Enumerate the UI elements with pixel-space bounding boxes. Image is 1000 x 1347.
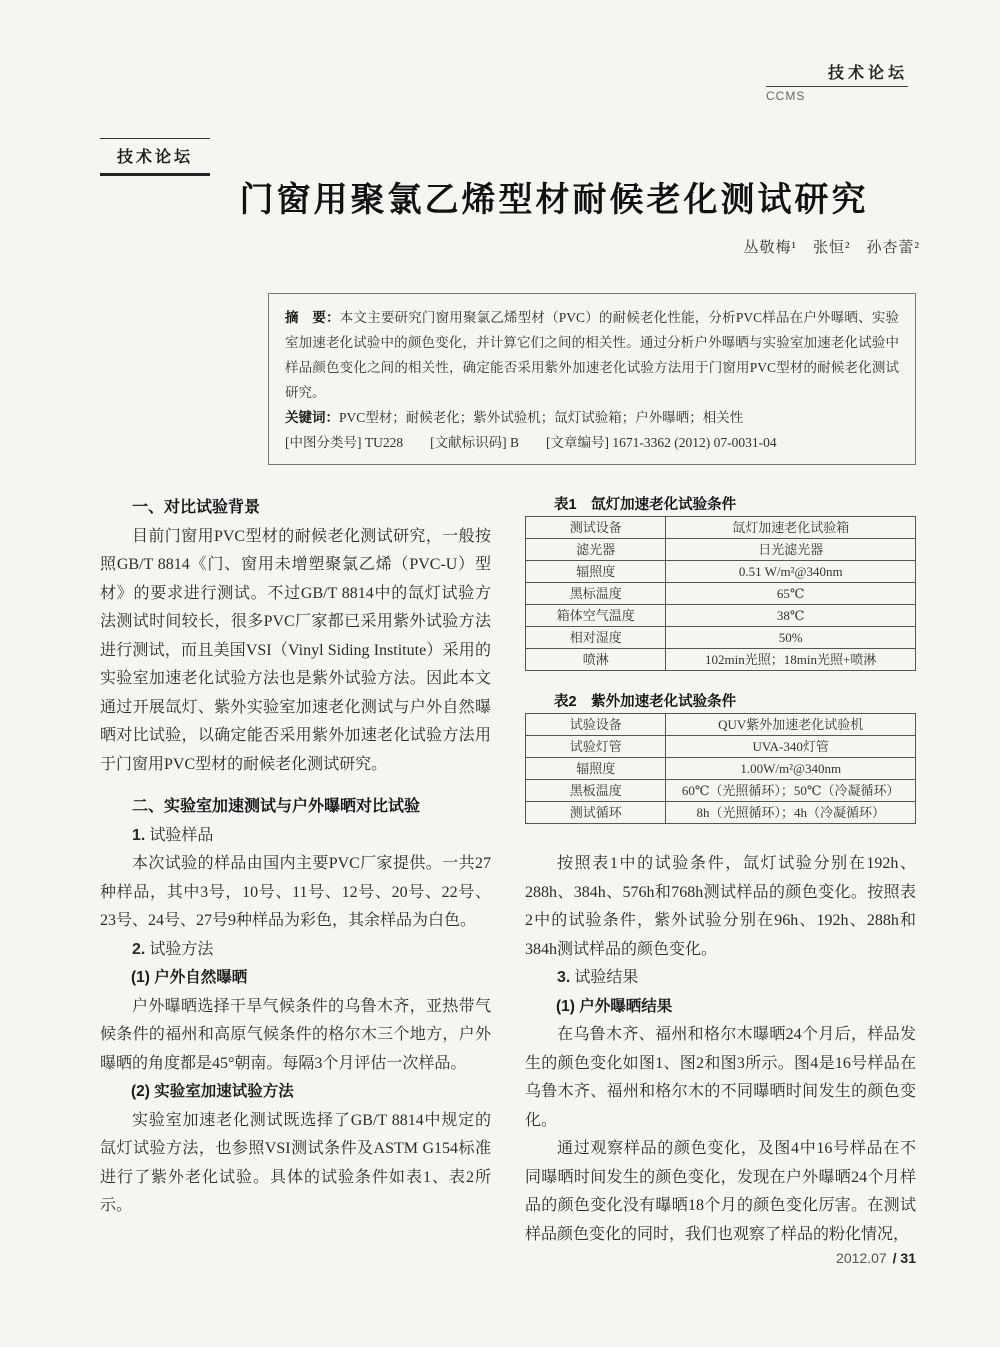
classification-line: [中图分类号] TU228 [文献标识码] B [文章编号] 1671-3362…	[285, 430, 899, 455]
section-1-para: 目前门窗用PVC型材的耐候老化测试研究，一般按照GB/T 8814《门、窗用未增…	[100, 523, 491, 780]
table-1-key: 箱体空气温度	[526, 605, 666, 627]
results-label: 试验结果	[570, 969, 638, 986]
table-1-value: 65℃	[666, 583, 916, 605]
forum-label: 技术论坛	[766, 60, 908, 83]
table-1-key: 测试设备	[526, 517, 666, 539]
abstract-text: 本文主要研究门窗用聚氯乙烯型材（PVC）的耐候老化性能，分析PVC样品在户外曝晒…	[285, 310, 899, 400]
article-title: 门窗用聚氯乙烯型材耐候老化测试研究	[190, 172, 918, 221]
method-2-heading: (2) 实验室加速试验方法	[100, 1078, 491, 1107]
table-2: 试验设备QUV紫外加速老化试验机 试验灯管UVA-340灯管 辐照度1.00W/…	[525, 713, 916, 824]
table-1-value: 0.51 W/m²@340nm	[666, 561, 916, 583]
table-1: 测试设备氙灯加速老化试验箱 滤光器日光滤光器 辐照度0.51 W/m²@340n…	[525, 516, 916, 671]
table-1-value: 50%	[666, 627, 916, 649]
right-column: 表1 氙灯加速老化试验条件 测试设备氙灯加速老化试验箱 滤光器日光滤光器 辐照度…	[525, 494, 916, 1249]
table-2-key: 黑板温度	[526, 780, 666, 802]
table-row: 试验灯管UVA-340灯管	[526, 736, 916, 758]
table-1-key: 滤光器	[526, 539, 666, 561]
subsection-2-number: 2.	[132, 941, 145, 958]
journal-code: CCMS	[766, 89, 908, 103]
table-row: 测试设备氙灯加速老化试验箱	[526, 517, 916, 539]
outdoor-results-heading: (1) 户外曝晒结果	[525, 993, 916, 1022]
table-2-key: 测试循环	[526, 802, 666, 824]
outdoor-results-para-1: 在乌鲁木齐、福州和格尔木曝晒24个月后，样品发生的颜色变化如图1、图2和图3所示…	[525, 1021, 916, 1135]
table-row: 滤光器日光滤光器	[526, 539, 916, 561]
results-number: 3.	[557, 969, 570, 986]
table-row: 黑板温度60℃（光照循环）；50℃（冷凝循环）	[526, 780, 916, 802]
subsection-2-heading: 2. 试验方法	[100, 936, 491, 965]
section-1-heading: 一、对比试验背景	[100, 494, 491, 523]
page-number: / 31	[893, 1250, 916, 1266]
table-1-value: 38℃	[666, 605, 916, 627]
journal-page: 技术论坛 CCMS 技术论坛 门窗用聚氯乙烯型材耐候老化测试研究 丛敬梅¹ 张恒…	[0, 0, 1000, 1347]
table-row: 喷淋102min光照；18min光照+喷淋	[526, 649, 916, 671]
table-row: 测试循环8h（光照循环）；4h（冷凝循环）	[526, 802, 916, 824]
issue-label: 2012.07	[836, 1250, 887, 1266]
table-1-key: 黑标温度	[526, 583, 666, 605]
authors-line: 丛敬梅¹ 张恒² 孙杏蕾²	[744, 236, 921, 257]
table-row: 相对湿度50%	[526, 627, 916, 649]
table-1-key: 相对湿度	[526, 627, 666, 649]
method-2-para: 实验室加速老化测试既选择了GB/T 8814中规定的氙灯试验方法，也参照VSI测…	[100, 1107, 491, 1221]
keywords-text: PVC型材；耐候老化；紫外试验机；氙灯试验箱；户外曝晒；相关性	[339, 410, 743, 425]
table-1-key: 喷淋	[526, 649, 666, 671]
section-2-heading: 二、实验室加速测试与户外曝晒对比试验	[100, 793, 491, 822]
subsection-1-heading: 1. 试验样品	[100, 822, 491, 851]
table-2-key: 辐照度	[526, 758, 666, 780]
content-columns: 一、对比试验背景 目前门窗用PVC型材的耐候老化测试研究，一般按照GB/T 88…	[100, 494, 916, 1249]
left-column: 一、对比试验背景 目前门窗用PVC型材的耐候老化测试研究，一般按照GB/T 88…	[100, 494, 491, 1249]
table-1-value: 氙灯加速老化试验箱	[666, 517, 916, 539]
table-1-value: 102min光照；18min光照+喷淋	[666, 649, 916, 671]
table-row: 辐照度1.00W/m²@340nm	[526, 758, 916, 780]
table-row: 箱体空气温度38℃	[526, 605, 916, 627]
outdoor-results-para-2: 通过观察样品的颜色变化，及图4中16号样品在不同曝晒时间发生的颜色变化，发现在户…	[525, 1135, 916, 1249]
subsection-1-number: 1.	[132, 827, 145, 844]
table-2-value: UVA-340灯管	[666, 736, 916, 758]
subsection-2-label: 试验方法	[145, 941, 213, 958]
table-2-key: 试验设备	[526, 714, 666, 736]
abstract-box: 摘 要：本文主要研究门窗用聚氯乙烯型材（PVC）的耐候老化性能，分析PVC样品在…	[268, 293, 916, 465]
keywords-label: 关键词：	[285, 410, 339, 425]
results-heading: 3. 试验结果	[525, 964, 916, 993]
table-2-value: 1.00W/m²@340nm	[666, 758, 916, 780]
table-2-value: 60℃（光照循环）；50℃（冷凝循环）	[666, 780, 916, 802]
table-2-value: QUV紫外加速老化试验机	[666, 714, 916, 736]
header-rule	[766, 86, 908, 87]
xenon-schedule-para: 按照表1中的试验条件，氙灯试验分别在192h、288h、384h、576h和76…	[525, 850, 916, 964]
page-footer: 2012.07/ 31	[836, 1250, 916, 1266]
abstract-label: 摘 要：	[285, 310, 340, 325]
table-row: 黑标温度65℃	[526, 583, 916, 605]
table-1-value: 日光滤光器	[666, 539, 916, 561]
method-1-para: 户外曝晒选择干旱气候条件的乌鲁木齐，亚热带气候条件的福州和高原气候条件的格尔木三…	[100, 993, 491, 1079]
table-2-key: 试验灯管	[526, 736, 666, 758]
journal-header: 技术论坛 CCMS	[766, 60, 908, 103]
table-2-caption: 表2 紫外加速老化试验条件	[525, 691, 916, 713]
method-1-heading: (1) 户外自然曝晒	[100, 964, 491, 993]
subsection-1-label: 试验样品	[145, 827, 213, 844]
sample-para: 本次试验的样品由国内主要PVC厂家提供。一共27种样品，其中3号，10号、11号…	[100, 850, 491, 936]
table-2-value: 8h（光照循环）；4h（冷凝循环）	[666, 802, 916, 824]
table-row: 辐照度0.51 W/m²@340nm	[526, 561, 916, 583]
column-badge: 技术论坛	[100, 138, 210, 176]
table-1-caption: 表1 氙灯加速老化试验条件	[525, 494, 916, 516]
keywords-line: 关键词：PVC型材；耐候老化；紫外试验机；氙灯试验箱；户外曝晒；相关性	[285, 405, 899, 430]
abstract-paragraph: 摘 要：本文主要研究门窗用聚氯乙烯型材（PVC）的耐候老化性能，分析PVC样品在…	[285, 305, 899, 405]
table-1-key: 辐照度	[526, 561, 666, 583]
table-row: 试验设备QUV紫外加速老化试验机	[526, 714, 916, 736]
badge-label: 技术论坛	[117, 149, 193, 166]
